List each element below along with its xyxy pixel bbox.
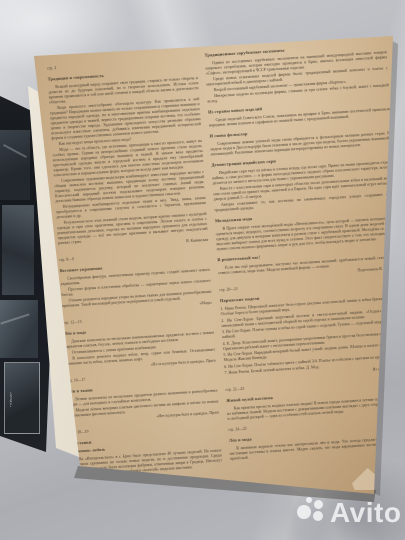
photo-fragment [2, 205, 34, 295]
watermark-text: Avito [330, 497, 401, 528]
page-content: стр. 2Традиции и современностьВсякий кул… [40, 30, 405, 483]
signature: «Мода» [397, 417, 405, 422]
vertical-photo-credit: «МОДА» [9, 392, 13, 408]
torn-corner [352, 468, 378, 490]
photo-fragment [0, 300, 38, 358]
magazine-page: стр. 2Традиции и современностьВсякий кул… [0, 0, 405, 540]
avito-logo-icon [297, 497, 327, 528]
page-reference: стр. 24—25 [228, 427, 247, 432]
avito-watermark: Avito [297, 497, 401, 528]
product-photo: «МОДА» стр. 2Традиции и современностьВся… [0, 0, 405, 540]
photo-fragment [0, 130, 30, 200]
right-column: Традиционные зарубежные экспонатыОдним и… [204, 35, 405, 462]
